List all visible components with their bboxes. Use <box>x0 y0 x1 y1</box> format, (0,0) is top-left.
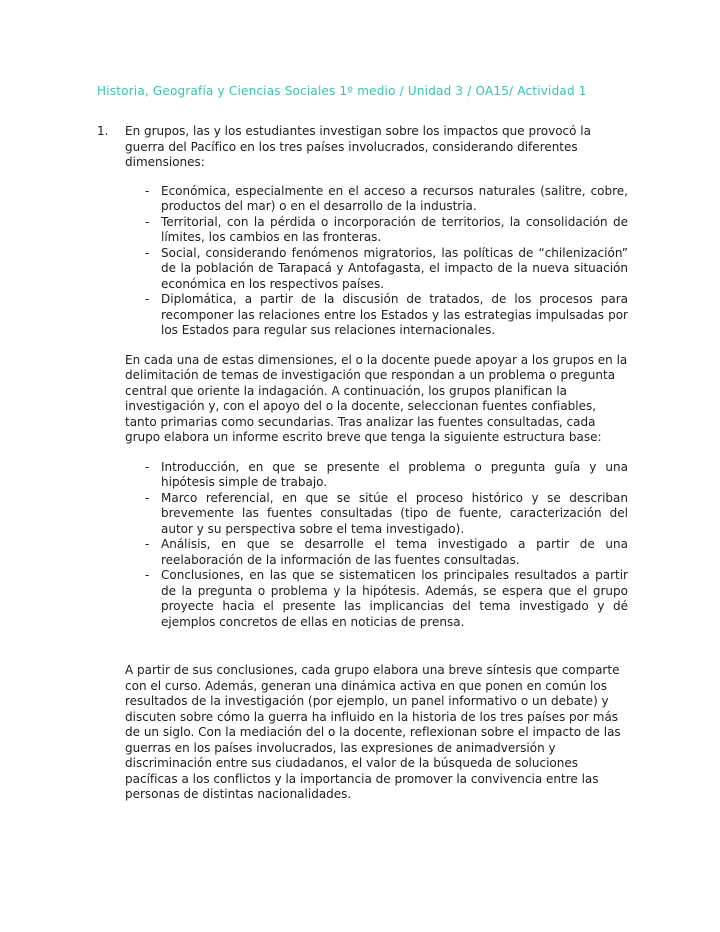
dash-bullet-icon: - <box>145 537 161 553</box>
list-item-text: Social, considerando fenómenos migratori… <box>161 246 628 293</box>
list-item: - Territorial, con la pérdida o incorpor… <box>125 215 628 246</box>
list-item-text: Marco referencial, en que se sitúe el pr… <box>161 491 628 538</box>
list-item-text: Introducción, en que se presente el prob… <box>161 460 628 491</box>
list-item-text: Análisis, en que se desarrolle el tema i… <box>161 537 628 568</box>
closing-paragraph: A partir de sus conclusiones, cada grupo… <box>125 663 628 803</box>
dimensions-list: - Económica, especialmente en el acceso … <box>125 184 628 339</box>
report-structure-list: - Introducción, en que se presente el pr… <box>125 460 628 631</box>
activity-item: 1. En grupos, las y los estudiantes inve… <box>97 124 628 803</box>
list-item-text: Conclusiones, en las que se sistematicen… <box>161 568 628 630</box>
dash-bullet-icon: - <box>145 246 161 262</box>
document-page: Historia, Geografía y Ciencias Sociales … <box>0 0 720 932</box>
list-item: - Introducción, en que se presente el pr… <box>125 460 628 491</box>
list-item: - Análisis, en que se desarrolle el tema… <box>125 537 628 568</box>
intro-paragraph: En grupos, las y los estudiantes investi… <box>125 124 628 171</box>
dash-bullet-icon: - <box>145 292 161 308</box>
activity-content: En grupos, las y los estudiantes investi… <box>125 124 628 803</box>
dash-bullet-icon: - <box>145 491 161 507</box>
list-item: - Económica, especialmente en el acceso … <box>125 184 628 215</box>
list-item: - Marco referencial, en que se sitúe el … <box>125 491 628 538</box>
guidance-paragraph: En cada una de estas dimensiones, el o l… <box>125 353 628 446</box>
page-title: Historia, Geografía y Ciencias Sociales … <box>97 84 628 99</box>
dash-bullet-icon: - <box>145 184 161 200</box>
dash-bullet-icon: - <box>145 460 161 476</box>
activity-number: 1. <box>97 124 125 140</box>
list-item: - Diplomática, a partir de la discusión … <box>125 292 628 339</box>
dash-bullet-icon: - <box>145 568 161 584</box>
list-item: - Conclusiones, en las que se sistematic… <box>125 568 628 630</box>
list-item-text: Diplomática, a partir de la discusión de… <box>161 292 628 339</box>
dash-bullet-icon: - <box>145 215 161 231</box>
list-item-text: Territorial, con la pérdida o incorporac… <box>161 215 628 246</box>
list-item-text: Económica, especialmente en el acceso a … <box>161 184 628 215</box>
list-item: - Social, considerando fenómenos migrato… <box>125 246 628 293</box>
